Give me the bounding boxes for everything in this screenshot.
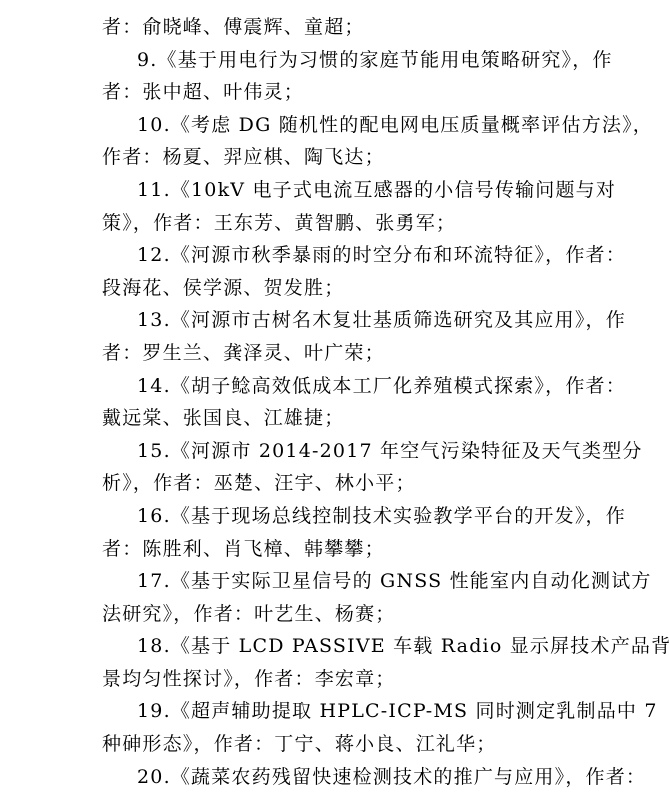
entry-19-title-line: 19.《超声辅助提取 HPLC-ICP-MS 同时测定乳制品中 7 — [102, 695, 566, 728]
entry-18-authors-line: 景均匀性探讨》，作者：李宏章； — [102, 663, 566, 696]
entry-9-title-line: 9.《基于用电行为习惯的家庭节能用电策略研究》，作 — [102, 44, 566, 77]
entry-10-authors-line: 作者：杨夏、羿应棋、陶飞达； — [102, 141, 566, 174]
entry-14-authors-line: 戴远棠、张国良、江雄捷； — [102, 402, 566, 435]
entry-10-title-line: 10.《考虑 DG 随机性的配电网电压质量概率评估方法》， — [102, 109, 566, 142]
entry-11-title-line: 11.《10kV 电子式电流互感器的小信号传输问题与对 — [102, 174, 566, 207]
entry-17-title-line: 17.《基于实际卫星信号的 GNSS 性能室内自动化测试方 — [102, 565, 566, 598]
entry-19-authors-line: 种砷形态》，作者：丁宁、蒋小良、江礼华； — [102, 728, 566, 761]
entry-18-title-line: 18.《基于 LCD PASSIVE 车载 Radio 显示屏技术产品背 — [102, 630, 566, 663]
line-authors-continued: 者：俞晓峰、傅震辉、童超； — [102, 11, 566, 44]
text-column: 者：俞晓峰、傅震辉、童超； 9.《基于用电行为习惯的家庭节能用电策略研究》，作 … — [102, 11, 566, 793]
entry-11-authors-line: 策》，作者：王东芳、黄智鹏、张勇军； — [102, 207, 566, 240]
entry-17-authors-line: 法研究》，作者：叶艺生、杨赛； — [102, 598, 566, 631]
entry-9-authors-line: 者：张中超、叶伟灵； — [102, 76, 566, 109]
entry-12-title-line: 12.《河源市秋季暴雨的时空分布和环流特征》，作者： — [102, 239, 566, 272]
entry-20-title-line: 20.《蔬菜农药残留快速检测技术的推广与应用》，作者： — [102, 761, 566, 794]
entry-15-title-line: 15.《河源市 2014-2017 年空气污染特征及天气类型分 — [102, 435, 566, 468]
entry-13-title-line: 13.《河源市古树名木复壮基质筛选研究及其应用》，作 — [102, 304, 566, 337]
document-page: 者：俞晓峰、傅震辉、童超； 9.《基于用电行为习惯的家庭节能用电策略研究》，作 … — [0, 0, 669, 802]
entry-15-authors-line: 析》，作者：巫楚、汪宇、林小平； — [102, 467, 566, 500]
entry-16-title-line: 16.《基于现场总线控制技术实验教学平台的开发》，作 — [102, 500, 566, 533]
entry-16-authors-line: 者：陈胜利、肖飞樟、韩攀攀； — [102, 533, 566, 566]
entry-14-title-line: 14.《胡子鲶高效低成本工厂化养殖模式探索》，作者： — [102, 370, 566, 403]
entry-13-authors-line: 者：罗生兰、龚泽灵、叶广荣； — [102, 337, 566, 370]
entry-12-authors-line: 段海花、侯学源、贺发胜； — [102, 272, 566, 305]
